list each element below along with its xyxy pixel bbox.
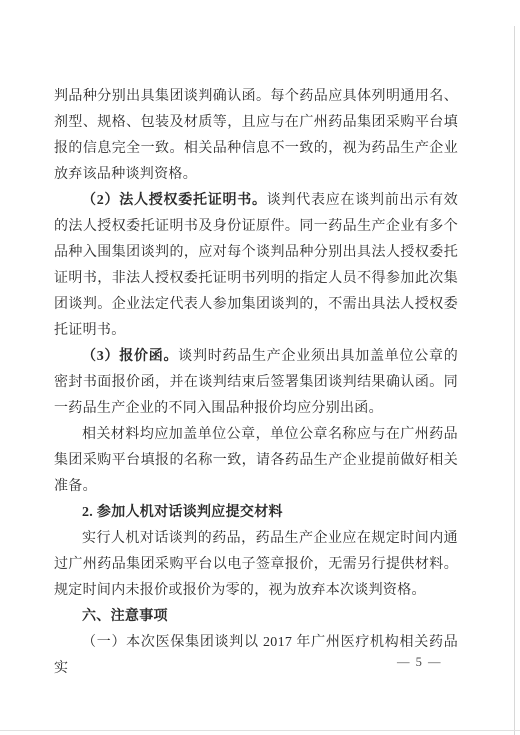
body-paragraph-legal-authorization: （2）法人授权委托证明书。谈判代表应在谈判前出示有效的法人授权委托证明书及身份证… — [54, 188, 458, 344]
paragraph-bold-lead: （2）法人授权委托证明书。 — [82, 193, 267, 208]
scan-edge-bottom — [0, 730, 520, 731]
section-heading-notes: 六、注意事项 — [54, 604, 458, 630]
heading-text: 2. 参加人机对话谈判应提交材料 — [82, 505, 283, 520]
paragraph-text: 相关材料均应加盖单位公章，单位公章名称应与在广州药品集团采购平台填报的名称一致，… — [54, 427, 458, 494]
paragraph-text: 谈判代表应在谈判前出示有效的法人授权委托证明书及身份证原件。同一药品生产企业有多… — [54, 193, 458, 338]
document-body: 判品种分别出具集团谈判确认函。每个药品应具体列明通用名、剂型、规格、包装及材质等… — [54, 84, 458, 682]
body-paragraph-seal-requirements: 相关材料均应加盖单位公章，单位公章名称应与在广州药品集团采购平台填报的名称一致，… — [54, 422, 458, 500]
section-heading-machine-dialog: 2. 参加人机对话谈判应提交材料 — [54, 500, 458, 526]
body-paragraph-machine-dialog: 实行人机对话谈判的药品，药品生产企业应在规定时间内通过广州药品集团采购平台以电子… — [54, 526, 458, 604]
heading-text: 六、注意事项 — [82, 609, 168, 624]
scan-edge-right — [514, 26, 515, 735]
page-number: — 5 — — [397, 655, 442, 670]
paragraph-text: 实行人机对话谈判的药品，药品生产企业应在规定时间内通过广州药品集团采购平台以电子… — [54, 531, 458, 598]
paragraph-bold-lead: （3）报价函。 — [82, 349, 178, 364]
document-page: 判品种分别出具集团谈判确认函。每个药品应具体列明通用名、剂型、规格、包装及材质等… — [0, 0, 520, 735]
body-paragraph-quotation-letter: （3）报价函。谈判时药品生产企业须出具加盖单位公章的密封书面报价函，并在谈判结束… — [54, 344, 458, 422]
paragraph-text: 判品种分别出具集团谈判确认函。每个药品应具体列明通用名、剂型、规格、包装及材质等… — [54, 89, 458, 182]
body-paragraph-continuation: 判品种分别出具集团谈判确认函。每个药品应具体列明通用名、剂型、规格、包装及材质等… — [54, 84, 458, 188]
